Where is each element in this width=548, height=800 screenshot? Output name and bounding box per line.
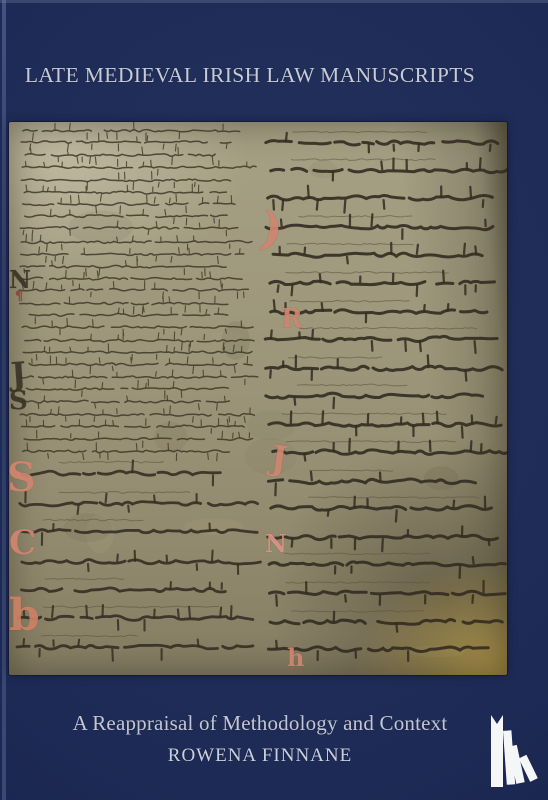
- book-cover: LATE MEDIEVAL IRISH LAW MANUSCRIPTS N¶JS…: [0, 0, 548, 800]
- book-title: LATE MEDIEVAL IRISH LAW MANUSCRIPTS: [0, 63, 500, 88]
- cover-top-edge: [0, 0, 548, 3]
- left-column-small-script-ticks: [22, 122, 250, 461]
- left-column-large-script: [17, 471, 261, 649]
- left-column-small-script: [19, 130, 258, 453]
- book-subtitle: A Reappraisal of Methodology and Context: [0, 711, 520, 736]
- left-column-large-script-gloss: [41, 461, 218, 636]
- parchment-stain: [64, 513, 112, 542]
- upright-book-shape: [491, 715, 503, 787]
- parchment-stain: [424, 466, 459, 490]
- manuscript-photo: N¶JSSCb)RJNh: [9, 122, 507, 675]
- book-author: ROWENA FINNANE: [0, 745, 520, 767]
- falling-books-logo: [489, 712, 543, 790]
- falling-books-icon: [489, 712, 543, 790]
- parchment-stain: [245, 438, 297, 475]
- spine-edge-highlight: [2, 0, 6, 800]
- manuscript-script-art: [9, 122, 507, 675]
